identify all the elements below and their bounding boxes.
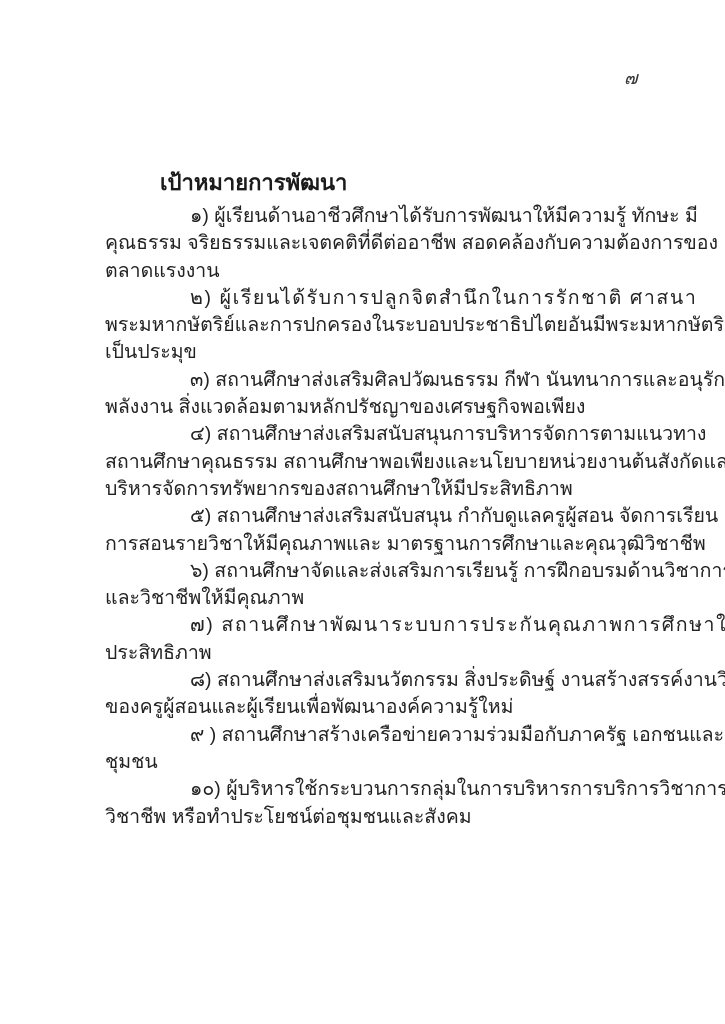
body-line: ของครูผู้สอนและผู้เรียนเพื่อพัฒนาองค์ควา… bbox=[105, 694, 665, 721]
body-line: ๘) สถานศึกษาส่งเสริมนวัตกรรม สิ่งประดิษฐ… bbox=[105, 667, 665, 694]
body-line: คุณธรรม จริยธรรมและเจตคติที่ดีต่ออาชีพ ส… bbox=[105, 230, 665, 257]
body-line: ชุมชน bbox=[105, 749, 665, 776]
section-heading: เป้าหมายการพัฒนา bbox=[160, 168, 347, 198]
body-line: พลังงาน สิ่งแวดล้อมตามหลักปรัชญาของเศรษฐ… bbox=[105, 394, 665, 421]
body-line: ประสิทธิภาพ bbox=[105, 640, 665, 667]
body-line: สถานศึกษาคุณธรรม สถานศึกษาพอเพียงและนโยบ… bbox=[105, 449, 665, 476]
body-line: ๕) สถานศึกษาส่งเสริมสนับสนุน กำกับดูแลคร… bbox=[105, 503, 665, 530]
body-line: ๗) สถานศึกษาพัฒนาระบบการประกันคุณภาพการศ… bbox=[105, 612, 665, 639]
body-line: ๖) สถานศึกษาจัดและส่งเสริมการเรียนรู้ กา… bbox=[105, 558, 665, 585]
body-line: ๑๐) ผู้บริหารใช้กระบวนการกลุ่มในการบริหา… bbox=[105, 776, 665, 803]
page-number: ๗ bbox=[624, 66, 664, 90]
body-line: ๙ ) สถานศึกษาสร้างเครือข่ายความร่วมมือกั… bbox=[105, 722, 665, 749]
body-line: ๓) สถานศึกษาส่งเสริมศิลปวัฒนธรรม กีฬา นั… bbox=[105, 367, 665, 394]
body-line: ๑) ผู้เรียนด้านอาชีวศึกษาได้รับการพัฒนาใ… bbox=[105, 203, 665, 230]
body-line: วิชาชีพ หรือทำประโยชน์ต่อชุมชนและสังคม bbox=[105, 804, 665, 831]
body-line: การสอนรายวิชาให้มีคุณภาพและ มาตรฐานการศึ… bbox=[105, 531, 665, 558]
body-line: ๔) สถานศึกษาส่งเสริมสนับสนุนการบริหารจัด… bbox=[105, 421, 665, 448]
document-page: ๗ เป้าหมายการพัฒนา ๑) ผู้เรียนด้านอาชีวศ… bbox=[0, 0, 725, 1024]
body-line: ๒) ผู้เรียนได้รับการปลูกจิตสำนึกในการรัก… bbox=[105, 285, 665, 312]
body-text: ๑) ผู้เรียนด้านอาชีวศึกษาได้รับการพัฒนาใ… bbox=[105, 203, 665, 831]
body-line: ตลาดแรงงาน bbox=[105, 258, 665, 285]
body-line: เป็นประมุข bbox=[105, 339, 665, 366]
body-line: พระมหากษัตริย์และการปกครองในระบอบประชาธิ… bbox=[105, 312, 665, 339]
body-line: และวิชาชีพให้มีคุณภาพ bbox=[105, 585, 665, 612]
body-line: บริหารจัดการทรัพยากรของสถานศึกษาให้มีประ… bbox=[105, 476, 665, 503]
